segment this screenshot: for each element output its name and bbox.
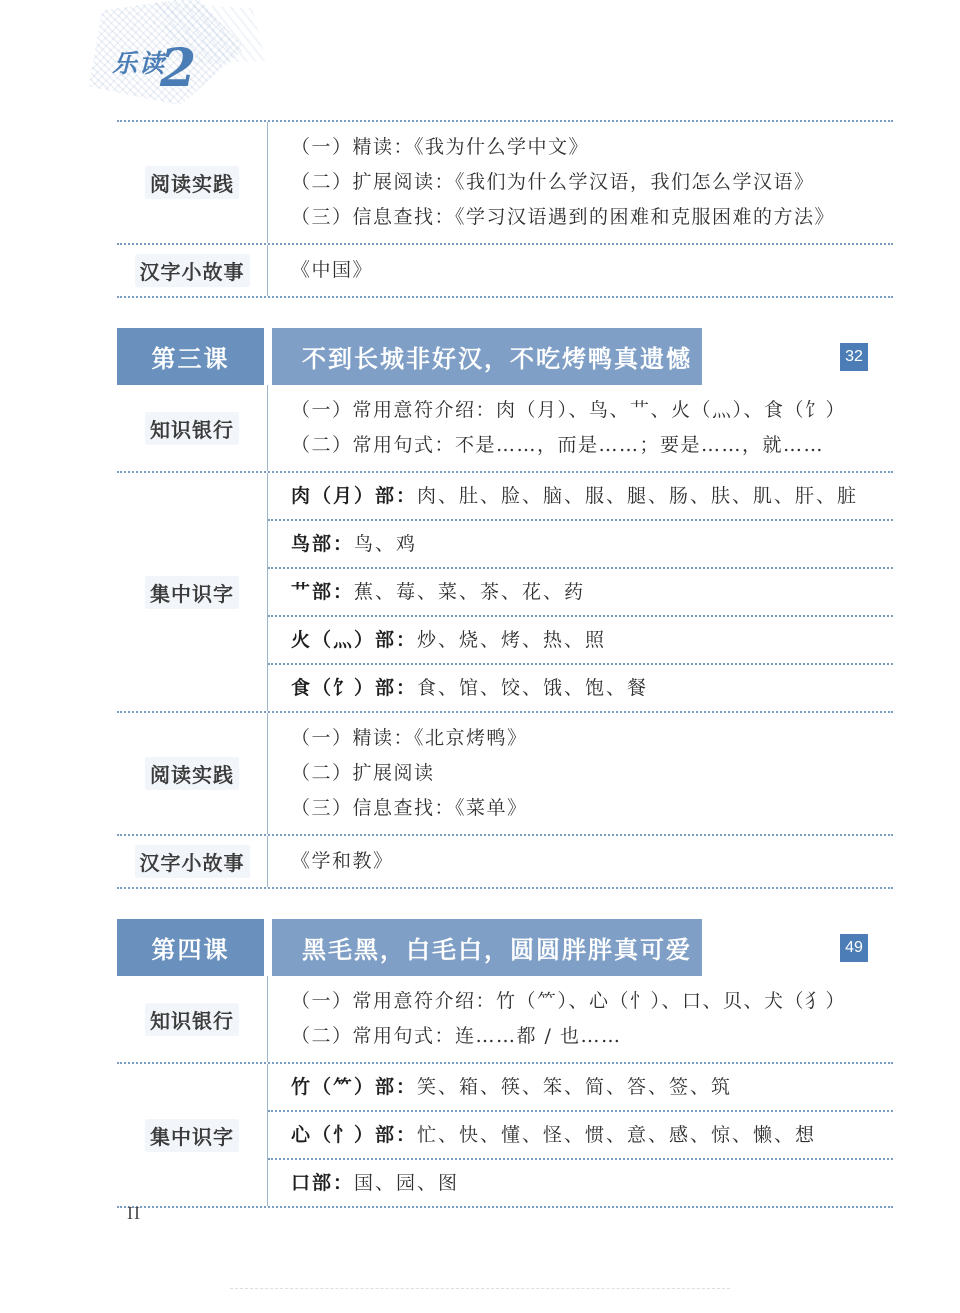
row-label-cell: 阅读实践 <box>117 713 268 834</box>
lesson-number-cell: 第三课 <box>117 328 264 385</box>
series-logo-number: 2 <box>160 38 196 99</box>
radical-subrow: 心（忄）部：忙、快、懂、怪、惯、意、感、惊、懒、想 <box>268 1112 893 1160</box>
content-line: 《中国》 <box>291 253 893 288</box>
table-row: 集中识字肉（月）部：肉、肚、脸、脑、服、腿、肠、肤、肌、肝、脏鸟部：鸟、鸡艹部：… <box>117 473 893 713</box>
row-label: 汉字小故事 <box>135 254 250 287</box>
lesson-page-badge: 49 <box>840 934 868 962</box>
row-content-cell: （一）精读：《北京烤鸭》（二）扩展阅读（三）信息查找：《菜单》 <box>268 713 893 834</box>
table-of-contents: 阅读实践（一）精读：《我为什么学中文》（二）扩展阅读：《我们为什么学汉语，我们怎… <box>117 120 893 1208</box>
radical-subrow: 食（饣）部：食、馆、饺、饿、饱、餐 <box>268 665 893 711</box>
table-row: 汉字小故事《学和教》 <box>117 836 893 889</box>
row-label: 集中识字 <box>145 1119 239 1152</box>
table-row: 集中识字竹（⺮）部：笑、箱、筷、笨、简、答、签、筑心（忄）部：忙、快、懂、怪、惯… <box>117 1064 893 1208</box>
row-content-cell: 《学和教》 <box>268 836 893 887</box>
row-content-cell: 肉（月）部：肉、肚、脸、脑、服、腿、肠、肤、肌、肝、脏鸟部：鸟、鸡艹部：蕉、莓、… <box>268 473 893 711</box>
row-label-cell: 汉字小故事 <box>117 836 268 887</box>
row-label-cell: 集中识字 <box>117 1064 268 1206</box>
series-logo-text: 乐读 <box>112 44 166 80</box>
radical-subrow: 口部：国、园、图 <box>268 1160 893 1206</box>
radical-prefix: 艹部： <box>291 581 354 603</box>
content-line: （一）精读：《北京烤鸭》 <box>291 721 893 756</box>
content-line: （二）扩展阅读：《我们为什么学汉语，我们怎么学汉语》 <box>291 165 893 200</box>
content-line: （二）常用句式：不是……，而是……；要是……，就…… <box>291 428 893 463</box>
toc-section: 知识银行（一）常用意符介绍：肉（月）、鸟、艹、火（灬）、食（饣）（二）常用句式：… <box>117 385 893 889</box>
page-number: II <box>127 1203 141 1224</box>
table-row: 汉字小故事《中国》 <box>117 245 893 298</box>
row-label-cell: 知识银行 <box>117 385 268 471</box>
row-content-cell: 《中国》 <box>268 245 893 296</box>
row-label: 阅读实践 <box>145 166 239 199</box>
radical-prefix: 食（饣）部： <box>291 677 417 699</box>
content-line: （二）常用句式：连……都 / 也…… <box>291 1019 893 1054</box>
row-label-cell: 集中识字 <box>117 473 268 711</box>
table-row: 阅读实践（一）精读：《北京烤鸭》（二）扩展阅读（三）信息查找：《菜单》 <box>117 713 893 836</box>
lesson-header: 第三课不到长城非好汉，不吃烤鸭真遗憾32 <box>117 328 893 385</box>
content-line: （二）扩展阅读 <box>291 756 893 791</box>
row-content-cell: （一）常用意符介绍：肉（月）、鸟、艹、火（灬）、食（饣）（二）常用句式：不是……… <box>268 385 893 471</box>
content-line: （一）常用意符介绍：竹（⺮）、心（忄）、口、贝、犬（犭） <box>291 984 893 1019</box>
content-line: （三）信息查找：《菜单》 <box>291 791 893 826</box>
row-label-cell: 知识银行 <box>117 976 268 1062</box>
content-line: （一）精读：《我为什么学中文》 <box>291 130 893 165</box>
lesson-title-bar: 不到长城非好汉，不吃烤鸭真遗憾 <box>272 328 702 385</box>
table-row: 知识银行（一）常用意符介绍：肉（月）、鸟、艹、火（灬）、食（饣）（二）常用句式：… <box>117 385 893 473</box>
row-label: 汉字小故事 <box>135 845 250 878</box>
content-line: （三）信息查找：《学习汉语遇到的困难和克服困难的方法》 <box>291 200 893 235</box>
radical-prefix: 竹（⺮）部： <box>291 1076 417 1098</box>
row-label-cell: 汉字小故事 <box>117 245 268 296</box>
row-label: 阅读实践 <box>145 757 239 790</box>
radical-prefix: 肉（月）部： <box>291 485 417 507</box>
row-content-cell: （一）常用意符介绍：竹（⺮）、心（忄）、口、贝、犬（犭）（二）常用句式：连……都… <box>268 976 893 1062</box>
lesson-header: 第四课黑毛黑，白毛白，圆圆胖胖真可爱49 <box>117 919 893 976</box>
row-content-cell: （一）精读：《我为什么学中文》（二）扩展阅读：《我们为什么学汉语，我们怎么学汉语… <box>268 122 893 243</box>
radical-subrow: 火（灬）部：炒、烧、烤、热、照 <box>268 617 893 665</box>
toc-section: 知识银行（一）常用意符介绍：竹（⺮）、心（忄）、口、贝、犬（犭）（二）常用句式：… <box>117 976 893 1208</box>
radical-subrow: 竹（⺮）部：笑、箱、筷、笨、简、答、签、筑 <box>268 1064 893 1112</box>
content-line: 《学和教》 <box>291 844 893 879</box>
table-row: 知识银行（一）常用意符介绍：竹（⺮）、心（忄）、口、贝、犬（犭）（二）常用句式：… <box>117 976 893 1064</box>
lesson-number-cell: 第四课 <box>117 919 264 976</box>
content-line: （一）常用意符介绍：肉（月）、鸟、艹、火（灬）、食（饣） <box>291 393 893 428</box>
table-row: 阅读实践（一）精读：《我为什么学中文》（二）扩展阅读：《我们为什么学汉语，我们怎… <box>117 122 893 245</box>
radical-prefix: 口部： <box>291 1172 354 1194</box>
bottom-faint-rule <box>230 1288 730 1289</box>
book-page: 乐读 2 阅读实践（一）精读：《我为什么学中文》（二）扩展阅读：《我们为什么学汉… <box>0 0 960 1313</box>
lesson-page-badge: 32 <box>840 343 868 371</box>
radical-subrow: 肉（月）部：肉、肚、脸、脑、服、腿、肠、肤、肌、肝、脏 <box>268 473 893 521</box>
row-label-cell: 阅读实践 <box>117 122 268 243</box>
radical-prefix: 心（忄）部： <box>291 1124 417 1146</box>
row-label: 集中识字 <box>145 576 239 609</box>
radical-subrow: 艹部：蕉、莓、菜、茶、花、药 <box>268 569 893 617</box>
lesson-title-bar: 黑毛黑，白毛白，圆圆胖胖真可爱 <box>272 919 702 976</box>
row-label: 知识银行 <box>145 412 239 445</box>
radical-prefix: 火（灬）部： <box>291 629 417 651</box>
row-label: 知识银行 <box>145 1003 239 1036</box>
radical-subrow: 鸟部：鸟、鸡 <box>268 521 893 569</box>
radical-prefix: 鸟部： <box>291 533 354 555</box>
toc-section: 阅读实践（一）精读：《我为什么学中文》（二）扩展阅读：《我们为什么学汉语，我们怎… <box>117 120 893 298</box>
row-content-cell: 竹（⺮）部：笑、箱、筷、笨、简、答、签、筑心（忄）部：忙、快、懂、怪、惯、意、感… <box>268 1064 893 1206</box>
